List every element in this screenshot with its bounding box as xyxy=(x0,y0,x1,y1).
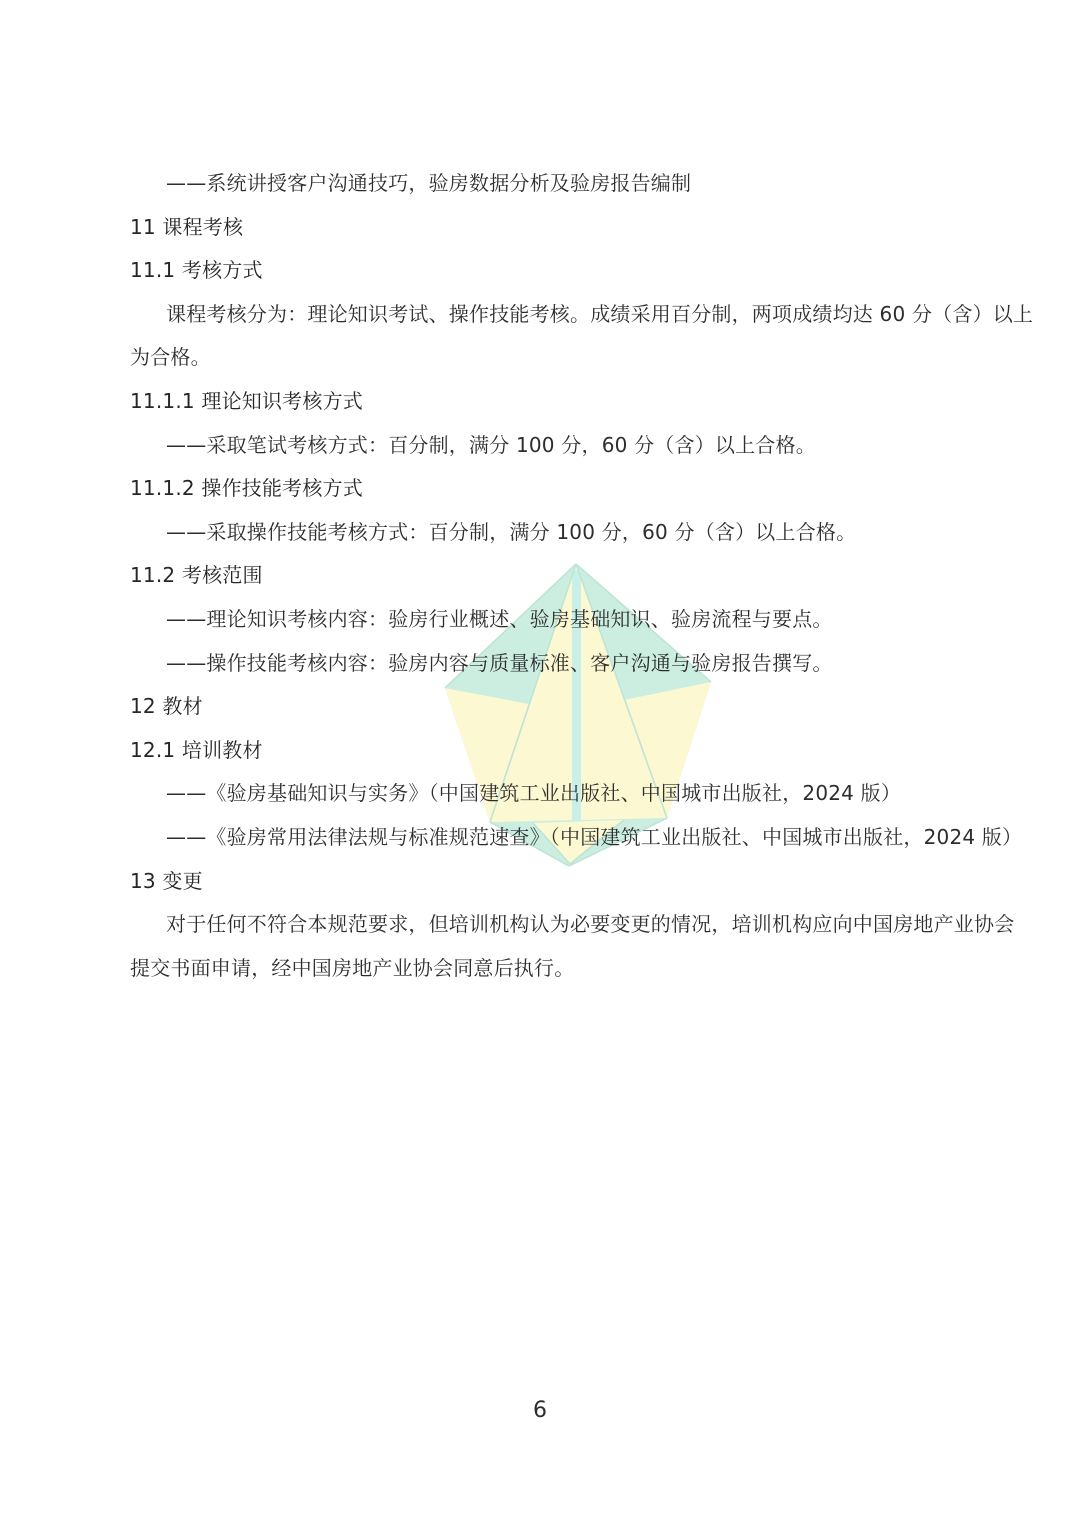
text-line: ——《验房常用法律法规与标准规范速查》（中国建筑工业出版社、中国城市出版社，20… xyxy=(130,816,1010,860)
text-line: ——理论知识考核内容：验房行业概述、验房基础知识、验房流程与要点。 xyxy=(130,598,1010,642)
section-heading: 11.1.1 理论知识考核方式 xyxy=(130,380,1010,424)
text-line: ——操作技能考核内容：验房内容与质量标准、客户沟通与验房报告撰写。 xyxy=(130,642,1010,686)
section-heading: 12 教材 xyxy=(130,685,1010,729)
text-line: ——系统讲授客户沟通技巧，验房数据分析及验房报告编制 xyxy=(130,162,1010,206)
text-line: 课程考核分为：理论知识考试、操作技能考核。成绩采用百分制，两项成绩均达 60 分… xyxy=(130,293,1010,337)
document-page: ——系统讲授客户沟通技巧，验房数据分析及验房报告编制11 课程考核11.1 考核… xyxy=(0,0,1080,1528)
text-line: ——采取操作技能考核方式：百分制，满分 100 分，60 分（含）以上合格。 xyxy=(130,511,1010,555)
text-line: 对于任何不符合本规范要求，但培训机构认为必要变更的情况，培训机构应向中国房地产业… xyxy=(130,903,1010,947)
text-line: 为合格。 xyxy=(130,336,1010,380)
page-number: 6 xyxy=(0,1398,1080,1423)
document-body: ——系统讲授客户沟通技巧，验房数据分析及验房报告编制11 课程考核11.1 考核… xyxy=(130,162,1010,990)
section-heading: 11.2 考核范围 xyxy=(130,554,1010,598)
section-heading: 11 课程考核 xyxy=(130,206,1010,250)
text-line: 提交书面申请，经中国房地产业协会同意后执行。 xyxy=(130,947,1010,991)
section-heading: 13 变更 xyxy=(130,860,1010,904)
text-line: ——《验房基础知识与实务》（中国建筑工业出版社、中国城市出版社，2024 版） xyxy=(130,772,1010,816)
section-heading: 11.1 考核方式 xyxy=(130,249,1010,293)
section-heading: 11.1.2 操作技能考核方式 xyxy=(130,467,1010,511)
section-heading: 12.1 培训教材 xyxy=(130,729,1010,773)
text-line: ——采取笔试考核方式：百分制，满分 100 分，60 分（含）以上合格。 xyxy=(130,424,1010,468)
